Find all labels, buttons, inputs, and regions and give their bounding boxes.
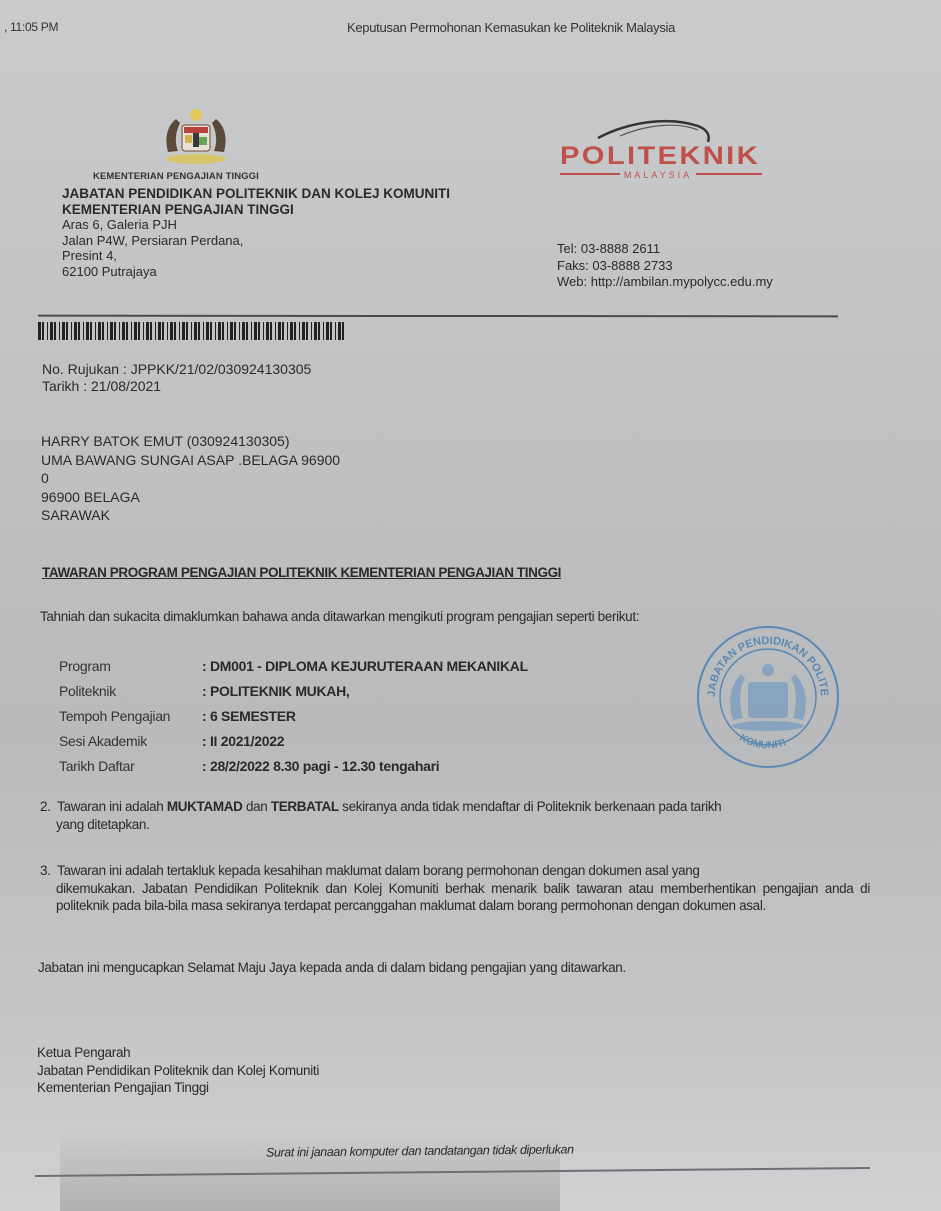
paragraph-3: 3. Tawaran ini adalah tertakluk kepada k…	[40, 862, 870, 915]
offer-label: Tempoh Pengajian	[59, 708, 202, 724]
letter-date: Tarikh : 21/08/2021	[42, 378, 311, 395]
offer-value: : II 2021/2022	[202, 733, 284, 749]
signatory-title: Ketua Pengarah	[37, 1044, 319, 1062]
offer-row-program: Program : DM001 - DIPLOMA KEJURUTERAAN M…	[59, 653, 528, 678]
address-line: Jalan P4W, Persiaran Perdana,	[62, 233, 450, 249]
offer-details-table: Program : DM001 - DIPLOMA KEJURUTERAAN M…	[59, 653, 528, 778]
svg-text:MALAYSIA: MALAYSIA	[624, 170, 692, 180]
paragraph-text: Tawaran ini adalah	[57, 799, 167, 814]
intro-paragraph: Tahniah dan sukacita dimaklumkan bahawa …	[40, 609, 639, 624]
signatory-ministry: Kementerian Pengajian Tinggi	[37, 1079, 319, 1097]
paragraph-continuation: dikemukakan. Jabatan Pendidikan Politekn…	[40, 880, 870, 915]
recipient-name: HARRY BATOK EMUT (030924130305)	[41, 432, 340, 451]
politeknik-malaysia-logo: POLITEKNIK MALAYSIA	[558, 112, 768, 184]
offer-label: Program	[59, 658, 202, 674]
website-link[interactable]: Web: http://ambilan.mypolycc.edu.my	[557, 274, 773, 291]
contact-block: Tel: 03-8888 2611 Faks: 03-8888 2733 Web…	[557, 241, 773, 291]
paragraph-number: 2.	[40, 798, 54, 816]
offer-value: : POLITEKNIK MUKAH,	[202, 683, 350, 699]
offer-value: : 28/2/2022 8.30 pagi - 12.30 tengahari	[202, 758, 439, 774]
paragraph-text: sekiranya anda tidak mendaftar di Polite…	[339, 799, 722, 814]
offer-row-session: Sesi Akademik : II 2021/2022	[59, 728, 528, 753]
paragraph-text: dan	[243, 799, 271, 814]
recipient-address: HARRY BATOK EMUT (030924130305) UMA BAWA…	[41, 432, 340, 525]
svg-text:KOMUNITI: KOMUNITI	[737, 732, 787, 751]
recipient-address-line: 0	[41, 469, 340, 488]
reference-block: No. Rujukan : JPPKK/21/02/030924130305 T…	[42, 361, 311, 395]
computer-generated-note: Surat ini janaan komputer dan tandatanga…	[266, 1142, 574, 1159]
recipient-address-line: 96900 BELAGA	[41, 488, 340, 507]
closing-paragraph: Jabatan ini mengucapkan Selamat Maju Jay…	[38, 960, 626, 975]
offer-row-duration: Tempoh Pengajian : 6 SEMESTER	[59, 703, 528, 728]
department-address-block: JABATAN PENDIDIKAN POLITEKNIK DAN KOLEJ …	[62, 186, 450, 279]
reference-number: No. Rujukan : JPPKK/21/02/030924130305	[42, 361, 311, 378]
header-divider	[38, 315, 838, 318]
ministry-small-label: KEMENTERIAN PENGAJIAN TINGGI	[93, 171, 259, 182]
paragraph-number: 3.	[40, 862, 54, 880]
department-stamp-icon: JABATAN PENDIDIKAN POLITEKNIK DAN KOLEJ …	[693, 622, 843, 772]
department-name: JABATAN PENDIDIKAN POLITEKNIK DAN KOLEJ …	[62, 186, 450, 202]
offer-row-politeknik: Politeknik : POLITEKNIK MUKAH,	[59, 678, 528, 703]
offer-value: : 6 SEMESTER	[202, 708, 296, 724]
paragraph-2: 2. Tawaran ini adalah MUKTAMAD dan TERBA…	[40, 798, 870, 833]
barcode	[38, 322, 348, 340]
emphasis-terbatal: TERBATAL	[271, 799, 339, 814]
offer-row-registration-date: Tarikh Daftar : 28/2/2022 8.30 pagi - 12…	[59, 753, 528, 778]
svg-text:POLITEKNIK: POLITEKNIK	[560, 142, 760, 170]
malaysia-coat-of-arms-icon	[158, 107, 234, 167]
address-line: Presint 4,	[62, 248, 450, 264]
telephone: Tel: 03-8888 2611	[557, 241, 773, 258]
footer-divider	[35, 1167, 870, 1177]
recipient-address-line: SARAWAK	[41, 506, 340, 525]
offer-value: : DM001 - DIPLOMA KEJURUTERAAN MEKANIKAL	[202, 658, 528, 674]
emphasis-muktamad: MUKTAMAD	[167, 799, 243, 814]
print-timestamp: , 11:05 PM	[4, 20, 58, 34]
offer-label: Tarikh Daftar	[59, 758, 202, 774]
signature-block: Ketua Pengarah Jabatan Pendidikan Polite…	[37, 1044, 319, 1097]
recipient-address-line: UMA BAWANG SUNGAI ASAP .BELAGA 96900	[41, 451, 340, 470]
signatory-department: Jabatan Pendidikan Politeknik dan Kolej …	[37, 1062, 319, 1080]
letter-subject: TAWARAN PROGRAM PENGAJIAN POLITEKNIK KEM…	[42, 565, 561, 580]
offer-label: Sesi Akademik	[59, 733, 202, 749]
fax: Faks: 03-8888 2733	[557, 258, 773, 275]
address-line: 62100 Putrajaya	[62, 264, 450, 280]
paragraph-continuation: yang ditetapkan.	[40, 816, 870, 834]
address-line: Aras 6, Galeria PJH	[62, 217, 450, 233]
print-page-title: Keputusan Permohonan Kemasukan ke Polite…	[347, 20, 675, 35]
paragraph-text: Tawaran ini adalah tertakluk kepada kesa…	[57, 863, 699, 878]
offer-label: Politeknik	[59, 683, 202, 699]
ministry-name: KEMENTERIAN PENGAJIAN TINGGI	[62, 202, 450, 218]
